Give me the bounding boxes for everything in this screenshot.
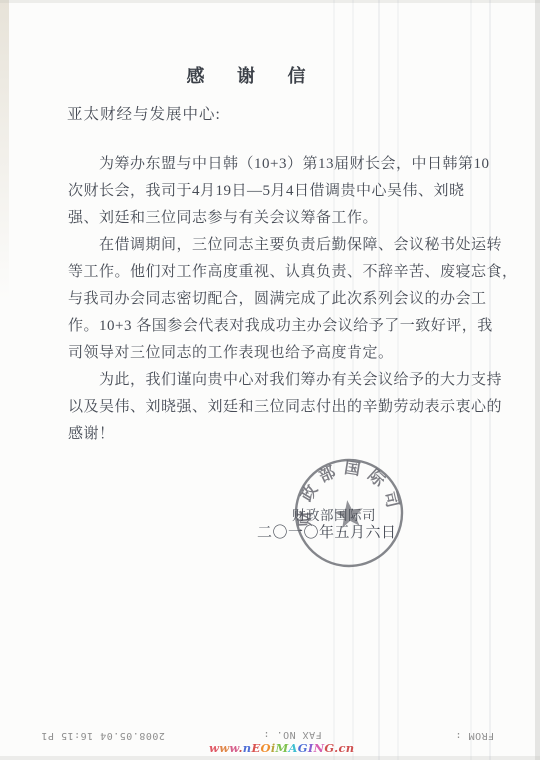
scan-edge-bottom: [0, 756, 540, 760]
body-line: 作。10+3 各国参会代表对我成功主办会议给予了一致好评，我: [68, 313, 488, 340]
scan-edge-top: [0, 0, 540, 3]
watermark: www.nEOiMAGING.cn: [209, 741, 354, 755]
letter-title: 感 谢 信: [0, 62, 516, 88]
letter-salutation: 亚太财经与发展中心:: [67, 102, 221, 124]
body-line: 以及吴伟、刘晓强、刘廷和三位同志付出的辛勤劳动表示衷心的: [68, 394, 488, 421]
body-line: 在借调期间，三位同志主要负责后勤保障、会议秘书处运转: [68, 232, 488, 259]
star-icon: [333, 498, 365, 529]
body-line: 强、刘廷和三位同志参与有关会议筹备工作。: [68, 205, 488, 232]
scanned-letter-page: 感 谢 信 亚太财经与发展中心: 为筹办东盟与中日韩（10+3）第13届财长会，…: [0, 0, 540, 760]
official-seal-stamp: 财政部国际司: [270, 434, 428, 592]
fax-timestamp: 2008.05.04 16:15 P1: [41, 728, 165, 742]
body-line: 感谢！: [68, 421, 488, 448]
fax-number-label: FAX NO. :: [263, 727, 322, 741]
body-line: 次财长会，我司于4月19日—5月4日借调贵中心吴伟、刘晓: [68, 178, 488, 205]
fax-from-label: FROM :: [455, 728, 494, 742]
body-line: 司领导对三位同志的工作表现也给予高度肯定。: [68, 340, 488, 367]
body-line: 为筹办东盟与中日韩（10+3）第13届财长会，中日韩第10: [68, 151, 488, 178]
scan-edge-left: [0, 0, 9, 300]
scan-edge-right: [535, 0, 540, 760]
body-line: 为此，我们谨向贵中心对我们筹办有关会议给予的大力支持: [68, 367, 488, 394]
body-line: 与我司办会同志密切配合，圆满完成了此次系列会议的办会工: [68, 286, 488, 313]
letter-body: 为筹办东盟与中日韩（10+3）第13届财长会，中日韩第10 次财长会，我司于4月…: [68, 151, 488, 448]
body-line: 等工作。他们对工作高度重视、认真负责、不辞辛苦、废寝忘食，: [68, 259, 488, 286]
